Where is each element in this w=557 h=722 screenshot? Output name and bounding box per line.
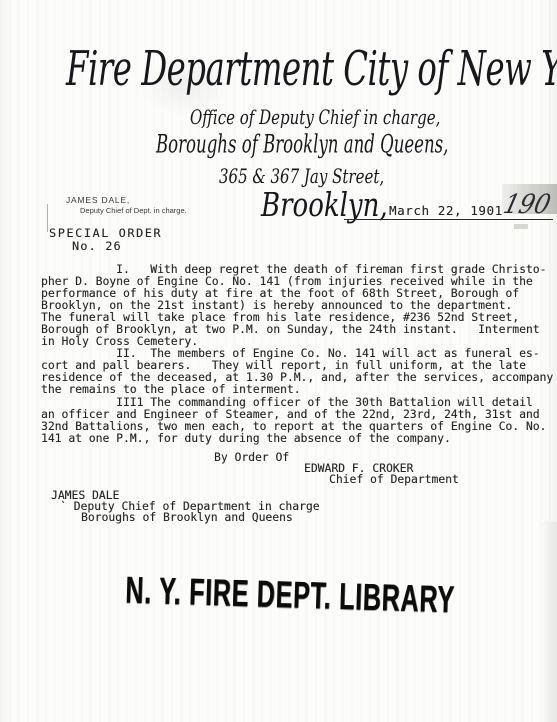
dateline-date: March 22, 1901 — [389, 203, 503, 218]
scan-corner-shade — [537, 522, 557, 722]
letterhead-title: Fire Department City of New York, — [66, 40, 557, 97]
order-body-text: I. With deep regret the death of fireman… — [41, 263, 553, 444]
by-order-line: By Order Of — [214, 450, 289, 464]
library-stamp: N. Y. FIRE DEPT. LIBRARY — [125, 569, 456, 622]
special-order-number: No. 26 — [72, 239, 122, 253]
deputy-signature-boroughs: Boroughs of Brooklyn and Queens — [81, 510, 293, 524]
dateline-year-prefix: 190 — [500, 189, 553, 220]
scanned-letter-page: Fire Department City of New York, Office… — [0, 0, 557, 722]
letterhead-boroughs-line: Boroughs of Brooklyn and Queens, — [156, 130, 448, 159]
scan-smudge-tick — [514, 224, 528, 229]
official-title: Deputy Chief of Dept. in charge. — [80, 206, 187, 215]
official-name: JAMES DALE, — [66, 195, 187, 205]
special-order-heading: SPECIAL ORDER — [49, 226, 162, 240]
letterhead-office-line: Office of Deputy Chief in charge, — [190, 106, 440, 129]
chief-title: Chief of Department — [329, 472, 459, 486]
letterhead-address-line: 365 & 367 Jay Street, — [219, 165, 384, 188]
scan-fold-line — [47, 204, 48, 232]
official-block: JAMES DALE, Deputy Chief of Dept. in cha… — [66, 195, 187, 215]
